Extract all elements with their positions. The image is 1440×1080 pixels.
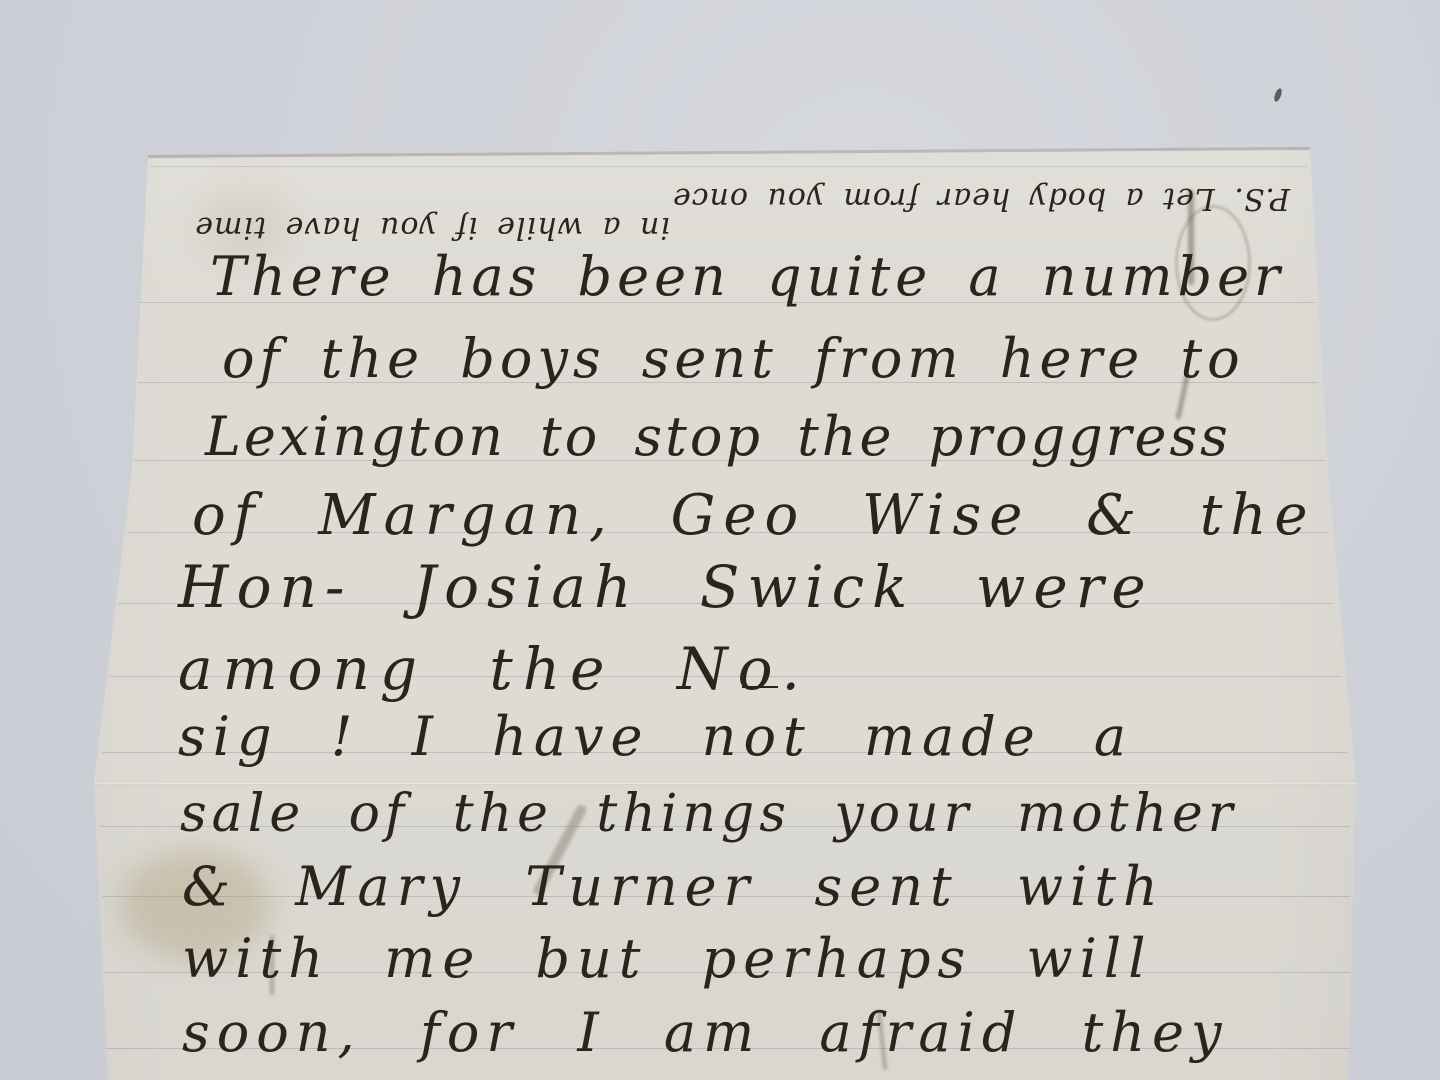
letter-line-9: & Mary Turner sent with (182, 860, 1165, 914)
letter-line-1: There has been quite a number (210, 250, 1285, 304)
letter-line-6: among the No. (178, 640, 810, 698)
letter-line-5: Hon- Josiah Swick were (178, 558, 1154, 616)
letter-line-7: sig ! I have not made a (178, 710, 1133, 764)
postscript-line-1: P.S. Let a body hear from you once (640, 183, 1290, 213)
letter-line-4: of Margan, Geo Wise & the (192, 488, 1316, 544)
abbreviation-underline (742, 686, 778, 688)
dust-speck (1273, 87, 1283, 102)
postscript-line-2: in a while if you have time (150, 212, 670, 242)
letter-line-10: with me but perhaps will (182, 932, 1152, 986)
letter-line-11: soon, for I am afraid they (182, 1006, 1229, 1060)
letter-line-2: of the boys sent from here to (222, 332, 1245, 386)
photograph: P.S. Let a body hear from you once in a … (0, 0, 1440, 1080)
top-margin-rule (150, 166, 1308, 167)
letter-line-8: sale of the things your mother (180, 788, 1238, 840)
letter-line-3: Lexington to stop the proggress (205, 410, 1231, 464)
